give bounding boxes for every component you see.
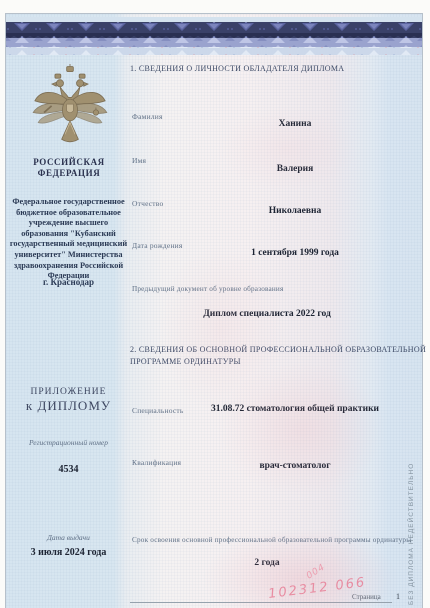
firstname-value: Валерия <box>130 164 430 174</box>
void-without-diploma-text: БЕЗ ДИПЛОМА НЕДЕЙСТВИТЕЛЬНО <box>408 455 415 605</box>
coat-of-arms-russia-icon <box>28 64 112 156</box>
footer-rule <box>130 602 392 603</box>
surname-value: Ханина <box>130 119 430 129</box>
section2-title: 2. СВЕДЕНИЯ ОБ ОСНОВНОЙ ПРОФЕССИОНАЛЬНОЙ… <box>130 344 430 367</box>
registration-number-value: 4534 <box>6 464 131 475</box>
scanned-diploma-supplement: РОССИЙСКАЯ ФЕДЕРАЦИЯ Федеральное государ… <box>0 0 430 608</box>
program-duration-value: 2 года <box>130 558 404 568</box>
birthdate-value: 1 сентября 1999 года <box>130 248 430 258</box>
section1-title: 1. СВЕДЕНИЯ О ЛИЧНОСТИ ОБЛАДАТЕЛЯ ДИПЛОМ… <box>130 63 430 75</box>
qualification-value: врач-стоматолог <box>130 461 430 471</box>
specialty-value: 31.08.72 стоматология общей практики <box>130 404 430 414</box>
guilloche-border <box>6 17 422 55</box>
document-title-line2: к ДИПЛОМУ <box>6 398 131 414</box>
page-number: 1 <box>396 592 400 601</box>
program-duration-label: Срок освоения основной профессиональной … <box>132 536 411 544</box>
institution-name: Федеральное государственное бюджетное об… <box>6 197 131 282</box>
document-title-line1: ПРИЛОЖЕНИЕ <box>6 387 131 397</box>
issue-date-label: Дата выдачи <box>6 533 131 542</box>
page-label: Страница <box>352 593 381 601</box>
previous-document-value: Диплом специалиста 2022 год <box>130 309 404 319</box>
patronymic-value: Николаевна <box>130 206 430 216</box>
issuing-city: г. Краснодар <box>6 277 131 287</box>
diploma-page: РОССИЙСКАЯ ФЕДЕРАЦИЯ Федеральное государ… <box>5 13 423 608</box>
previous-document-label: Предыдущий документ об уровне образовани… <box>132 285 283 293</box>
issue-date-value: 3 июля 2024 года <box>6 547 131 558</box>
country-name: РОССИЙСКАЯ ФЕДЕРАЦИЯ <box>14 157 124 180</box>
registration-number-label: Регистрационный номер <box>16 438 121 448</box>
